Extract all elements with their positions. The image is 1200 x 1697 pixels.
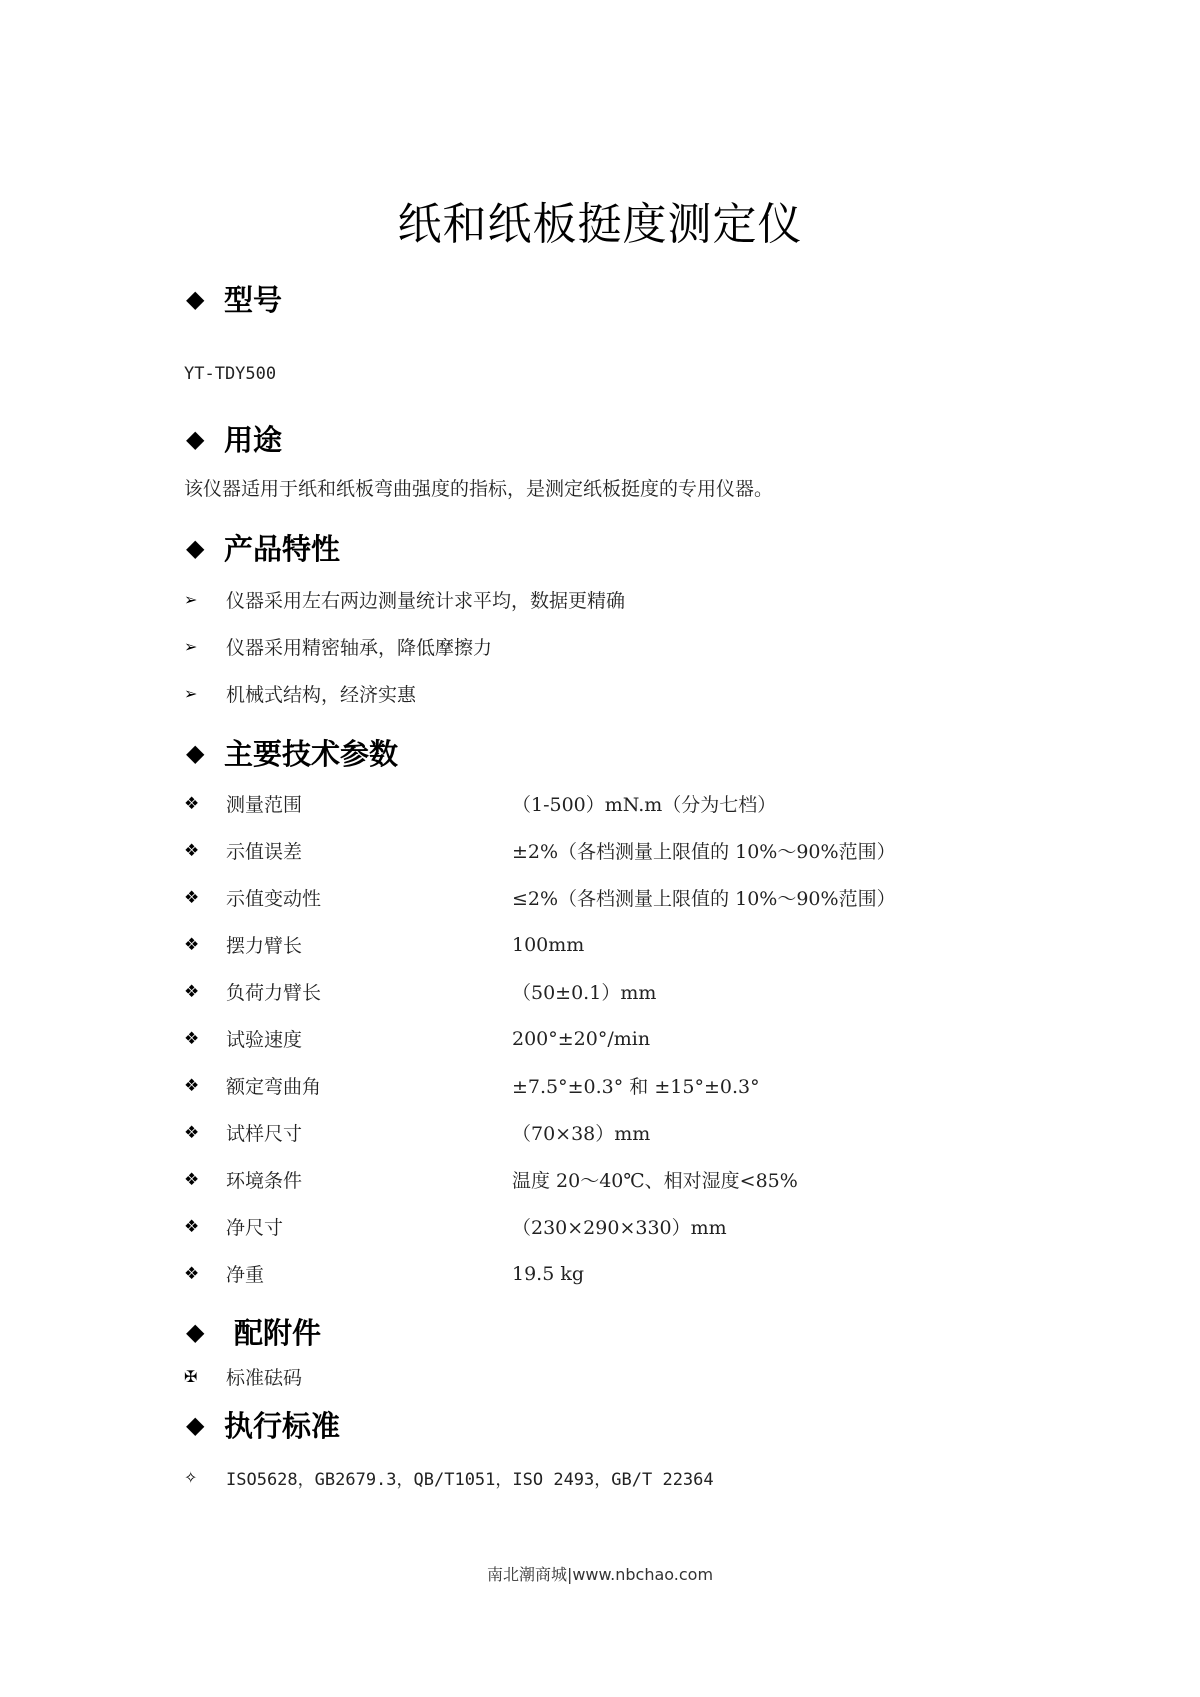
spec-row: ❖ 净尺寸 （230×290×330）mm [184,1213,984,1240]
maltese-cross-bullet-icon: ✠ [184,1367,226,1386]
diamond-icon: ◆ [186,739,210,767]
spec-value: 100mm [512,934,584,956]
spec-value: 200°±20°/min [512,1028,650,1050]
spec-value: ±7.5°±0.3° 和 ±15°±0.3° [512,1072,760,1099]
feature-text: 机械式结构，经济实惠 [226,680,416,707]
four-diamond-bullet-icon: ❖ [184,982,226,1002]
feature-item: ➢ 仪器采用左右两边测量统计求平均，数据更精确 [184,586,625,613]
feature-text: 仪器采用精密轴承，降低摩擦力 [226,633,492,660]
heading-text: 用途 [224,418,282,459]
standards-text: ISO5628，GB2679.3，QB/T1051，ISO 2493，GB/T … [226,1465,714,1490]
section-heading-standards: ◆ 执行标准 [186,1404,340,1445]
document-title: 纸和纸板挺度测定仪 [0,188,1200,252]
spec-label: 摆力臂长 [226,931,512,958]
four-diamond-bullet-icon: ❖ [184,841,226,861]
feature-item: ➢ 机械式结构，经济实惠 [184,680,416,707]
footer-text: 南北潮商城|www.nbchao.com [0,1562,1200,1585]
spec-label: 净尺寸 [226,1213,512,1240]
section-heading-features: ◆ 产品特性 [186,527,340,568]
spec-label: 额定弯曲角 [226,1072,512,1099]
spec-row: ❖ 测量范围 （1-500）mN.m（分为七档） [184,790,984,817]
spec-value: 19.5 kg [512,1263,584,1285]
spec-row: ❖ 环境条件 温度 20～40℃、相对湿度<85% [184,1166,984,1193]
arrow-bullet-icon: ➢ [184,637,226,656]
spec-value: （50±0.1）mm [512,978,656,1005]
four-point-star-bullet-icon: ✧ [184,1468,226,1487]
spec-row: ❖ 试验速度 200°±20°/min [184,1025,984,1052]
diamond-icon: ◆ [186,1318,210,1346]
spec-row: ❖ 示值变动性 ≤2%（各档测量上限值的 10%～90%范围） [184,884,984,911]
four-diamond-bullet-icon: ❖ [184,935,226,955]
arrow-bullet-icon: ➢ [184,590,226,609]
usage-text: 该仪器适用于纸和纸板弯曲强度的指标，是测定纸板挺度的专用仪器。 [184,474,773,501]
feature-item: ➢ 仪器采用精密轴承，降低摩擦力 [184,633,492,660]
four-diamond-bullet-icon: ❖ [184,1217,226,1237]
spec-row: ❖ 试样尺寸 （70×38）mm [184,1119,984,1146]
spec-value: （230×290×330）mm [512,1213,727,1240]
spec-label: 示值变动性 [226,884,512,911]
diamond-icon: ◆ [186,534,210,562]
spec-label: 净重 [226,1260,512,1287]
spec-value: ≤2%（各档测量上限值的 10%～90%范围） [512,884,896,911]
diamond-icon: ◆ [186,425,210,453]
heading-text: 产品特性 [224,527,340,568]
spec-label: 负荷力臂长 [226,978,512,1005]
spec-row: ❖ 负荷力臂长 （50±0.1）mm [184,978,984,1005]
diamond-icon: ◆ [186,1411,210,1439]
standards-item: ✧ ISO5628，GB2679.3，QB/T1051，ISO 2493，GB/… [184,1465,714,1490]
model-value: YT-TDY500 [184,364,276,384]
feature-text: 仪器采用左右两边测量统计求平均，数据更精确 [226,586,625,613]
accessory-text: 标准砝码 [226,1363,302,1390]
section-heading-specs: ◆ 主要技术参数 [186,732,398,773]
four-diamond-bullet-icon: ❖ [184,1123,226,1143]
spec-row: ❖ 摆力臂长 100mm [184,931,984,958]
spec-value: （70×38）mm [512,1119,650,1146]
four-diamond-bullet-icon: ❖ [184,1029,226,1049]
four-diamond-bullet-icon: ❖ [184,794,226,814]
spec-row: ❖ 额定弯曲角 ±7.5°±0.3° 和 ±15°±0.3° [184,1072,984,1099]
arrow-bullet-icon: ➢ [184,684,226,703]
spec-value: （1-500）mN.m（分为七档） [512,790,776,817]
section-heading-accessories: ◆ 配附件 [186,1311,321,1352]
spec-value: 温度 20～40℃、相对湿度<85% [512,1166,798,1193]
heading-text: 型号 [224,278,282,319]
spec-value: ±2%（各档测量上限值的 10%～90%范围） [512,837,896,864]
spec-label: 试样尺寸 [226,1119,512,1146]
section-heading-model: ◆ 型号 [186,278,282,319]
spec-label: 环境条件 [226,1166,512,1193]
spec-label: 试验速度 [226,1025,512,1052]
four-diamond-bullet-icon: ❖ [184,1076,226,1096]
spec-label: 测量范围 [226,790,512,817]
section-heading-usage: ◆ 用途 [186,418,282,459]
heading-text: 主要技术参数 [224,732,398,773]
spec-row: ❖ 示值误差 ±2%（各档测量上限值的 10%～90%范围） [184,837,984,864]
heading-text: 配附件 [234,1311,321,1352]
four-diamond-bullet-icon: ❖ [184,1170,226,1190]
four-diamond-bullet-icon: ❖ [184,1264,226,1284]
spec-row: ❖ 净重 19.5 kg [184,1260,984,1287]
four-diamond-bullet-icon: ❖ [184,888,226,908]
heading-text: 执行标准 [224,1404,340,1445]
spec-label: 示值误差 [226,837,512,864]
diamond-icon: ◆ [186,285,210,313]
accessory-item: ✠ 标准砝码 [184,1363,302,1390]
